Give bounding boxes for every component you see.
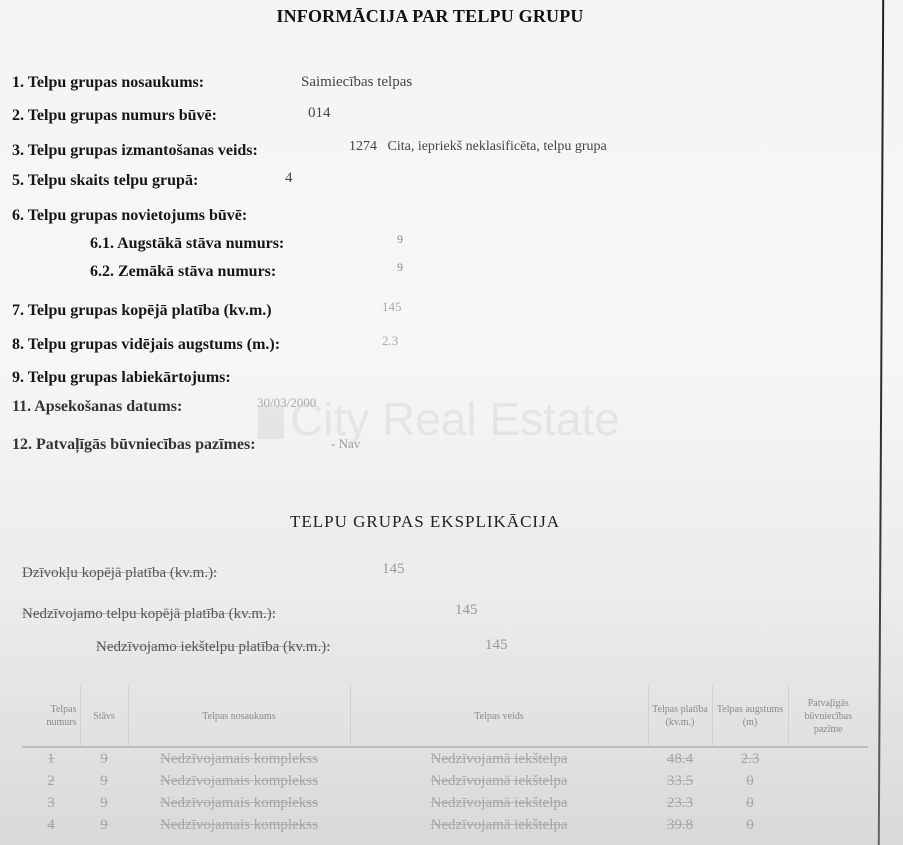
- cell-floor: 9: [80, 770, 128, 792]
- field-label: 12. Patvaļīgās būvniecības pazīmes:: [12, 436, 256, 453]
- col-header-room-name: Telpas nosaukums: [128, 686, 350, 747]
- summary-nonliving-area: Nedzīvojamo telpu kopējā platība (kv.m.)…: [22, 606, 276, 623]
- cell-area: 23.3: [648, 792, 712, 814]
- summary-value: 145: [455, 602, 478, 619]
- watermark-logo-icon: [258, 405, 284, 439]
- summary-value: 145: [382, 561, 405, 578]
- field-label: 3. Telpu grupas izmantošanas veids:: [12, 142, 258, 159]
- cell-height: 0: [712, 770, 788, 792]
- field-top-floor: 6.1. Augstākā stāva numurs: 9: [90, 235, 284, 253]
- watermark-text: City Real Estate: [290, 393, 620, 445]
- field-value: 9: [397, 232, 403, 247]
- summary-label: Nedzīvojamo iekštelpu platība (kv.m.):: [96, 639, 330, 655]
- field-group-number: 2. Telpu grupas numurs būvē: 014: [12, 107, 217, 125]
- table-row: 49Nedzīvojamais komplekssNedzīvojamā iek…: [22, 814, 868, 836]
- cell-unauthorized: [788, 770, 868, 792]
- cell-height: 0: [712, 814, 788, 836]
- cell-room-number: 2: [22, 770, 80, 792]
- cell-room-number: 4: [22, 814, 80, 836]
- cell-room-type: Nedzīvojamā iekštelpa: [350, 814, 648, 836]
- field-group-name: 1. Telpu grupas nosaukums: Saimiecības t…: [12, 74, 204, 92]
- table-row: 29Nedzīvojamais komplekssNedzīvojamā iek…: [22, 770, 868, 792]
- summary-value: 145: [485, 637, 508, 654]
- field-value: 014: [308, 105, 331, 122]
- field-label: 8. Telpu grupas vidējais augstums (m.):: [12, 336, 280, 353]
- field-label: 9. Telpu grupas labiekārtojums:: [12, 369, 231, 386]
- field-label: 2. Telpu grupas numurs būvē:: [12, 107, 217, 124]
- field-total-area: 7. Telpu grupas kopējā platība (kv.m.) 1…: [12, 302, 272, 320]
- cell-floor: 9: [80, 792, 128, 814]
- cell-room-type: Nedzīvojamā iekštelpa: [350, 792, 648, 814]
- cell-room-name: Nedzīvojamais komplekss: [128, 814, 350, 836]
- field-value: 4: [285, 170, 293, 187]
- field-label: 6. Telpu grupas novietojums būvē:: [12, 207, 247, 224]
- cell-unauthorized: [788, 814, 868, 836]
- field-label: 11. Apsekošanas datums:: [12, 398, 182, 415]
- page-edge-line: [878, 0, 884, 845]
- field-label: 6.2. Zemākā stāva numurs:: [90, 263, 276, 280]
- cell-room-number: 3: [22, 792, 80, 814]
- table-header-row: Telpas numurs Stāvs Telpas nosaukums Tel…: [22, 686, 868, 747]
- cell-room-name: Nedzīvojamais komplekss: [128, 747, 350, 770]
- field-room-count: 5. Telpu skaits telpu grupā: 4: [12, 172, 198, 190]
- field-label: 1. Telpu grupas nosaukums:: [12, 74, 204, 91]
- cell-room-name: Nedzīvojamais komplekss: [128, 792, 350, 814]
- table-row: 39Nedzīvojamais komplekssNedzīvojamā iek…: [22, 792, 868, 814]
- cell-room-type: Nedzīvojamā iekštelpa: [350, 747, 648, 770]
- field-label: 6.1. Augstākā stāva numurs:: [90, 235, 284, 252]
- field-value: 2.3: [382, 333, 398, 349]
- summary-living-area: Dzīvokļu kopējā platība (kv.m.): 145: [22, 565, 217, 582]
- cell-area: 48.4: [648, 747, 712, 770]
- field-amenities: 9. Telpu grupas labiekārtojums:: [12, 369, 231, 387]
- cell-height: 2.3: [712, 747, 788, 770]
- field-value: 145: [382, 299, 402, 315]
- field-bottom-floor: 6.2. Zemākā stāva numurs: 9: [90, 263, 276, 281]
- cell-floor: 9: [80, 747, 128, 770]
- field-unauthorized-construction: 12. Patvaļīgās būvniecības pazīmes: - Na…: [12, 436, 256, 454]
- summary-label: Nedzīvojamo telpu kopējā platība (kv.m.)…: [22, 606, 276, 622]
- cell-height: 0: [712, 792, 788, 814]
- field-location: 6. Telpu grupas novietojums būvē:: [12, 207, 247, 225]
- field-avg-height: 8. Telpu grupas vidējais augstums (m.): …: [12, 336, 280, 354]
- cell-floor: 9: [80, 814, 128, 836]
- col-header-area: Telpas platība (kv.m.): [648, 686, 712, 747]
- table-row: 19Nedzīvojamais komplekssNedzīvojamā iek…: [22, 747, 868, 770]
- summary-label: Dzīvokļu kopējā platība (kv.m.):: [22, 565, 217, 581]
- cell-unauthorized: [788, 747, 868, 770]
- col-header-floor: Stāvs: [80, 686, 128, 747]
- summary-nonliving-indoor-area: Nedzīvojamo iekštelpu platība (kv.m.): 1…: [96, 639, 330, 656]
- watermark: City Real Estate: [258, 392, 620, 446]
- col-header-room-number: Telpas numurs: [22, 686, 80, 747]
- col-header-room-type: Telpas veids: [350, 686, 648, 747]
- cell-room-name: Nedzīvojamais komplekss: [128, 770, 350, 792]
- section-title: TELPU GRUPAS EKSPLIKĀCIJA: [0, 512, 850, 532]
- col-header-unauthorized: Patvaļīgās būvniecības pazīme: [788, 686, 868, 747]
- field-survey-date: 11. Apsekošanas datums: 30/03/2000: [12, 398, 182, 416]
- cell-area: 33.5: [648, 770, 712, 792]
- field-value: Saimiecības telpas: [301, 74, 412, 91]
- field-label: 7. Telpu grupas kopējā platība (kv.m.): [12, 302, 272, 319]
- col-header-height: Telpas augstums (m): [712, 686, 788, 747]
- cell-unauthorized: [788, 792, 868, 814]
- explication-table: Telpas numurs Stāvs Telpas nosaukums Tel…: [22, 686, 868, 836]
- field-value: 9: [397, 260, 403, 275]
- cell-area: 39.8: [648, 814, 712, 836]
- field-label: 5. Telpu skaits telpu grupā:: [12, 172, 198, 189]
- field-usage-type: 3. Telpu grupas izmantošanas veids: 1274…: [12, 142, 258, 160]
- cell-room-type: Nedzīvojamā iekštelpa: [350, 770, 648, 792]
- cell-room-number: 1: [22, 747, 80, 770]
- field-value: 1274 Cita, iepriekš neklasificēta, telpu…: [349, 139, 607, 155]
- page-title: INFORMĀCIJA PAR TELPU GRUPU: [0, 6, 860, 27]
